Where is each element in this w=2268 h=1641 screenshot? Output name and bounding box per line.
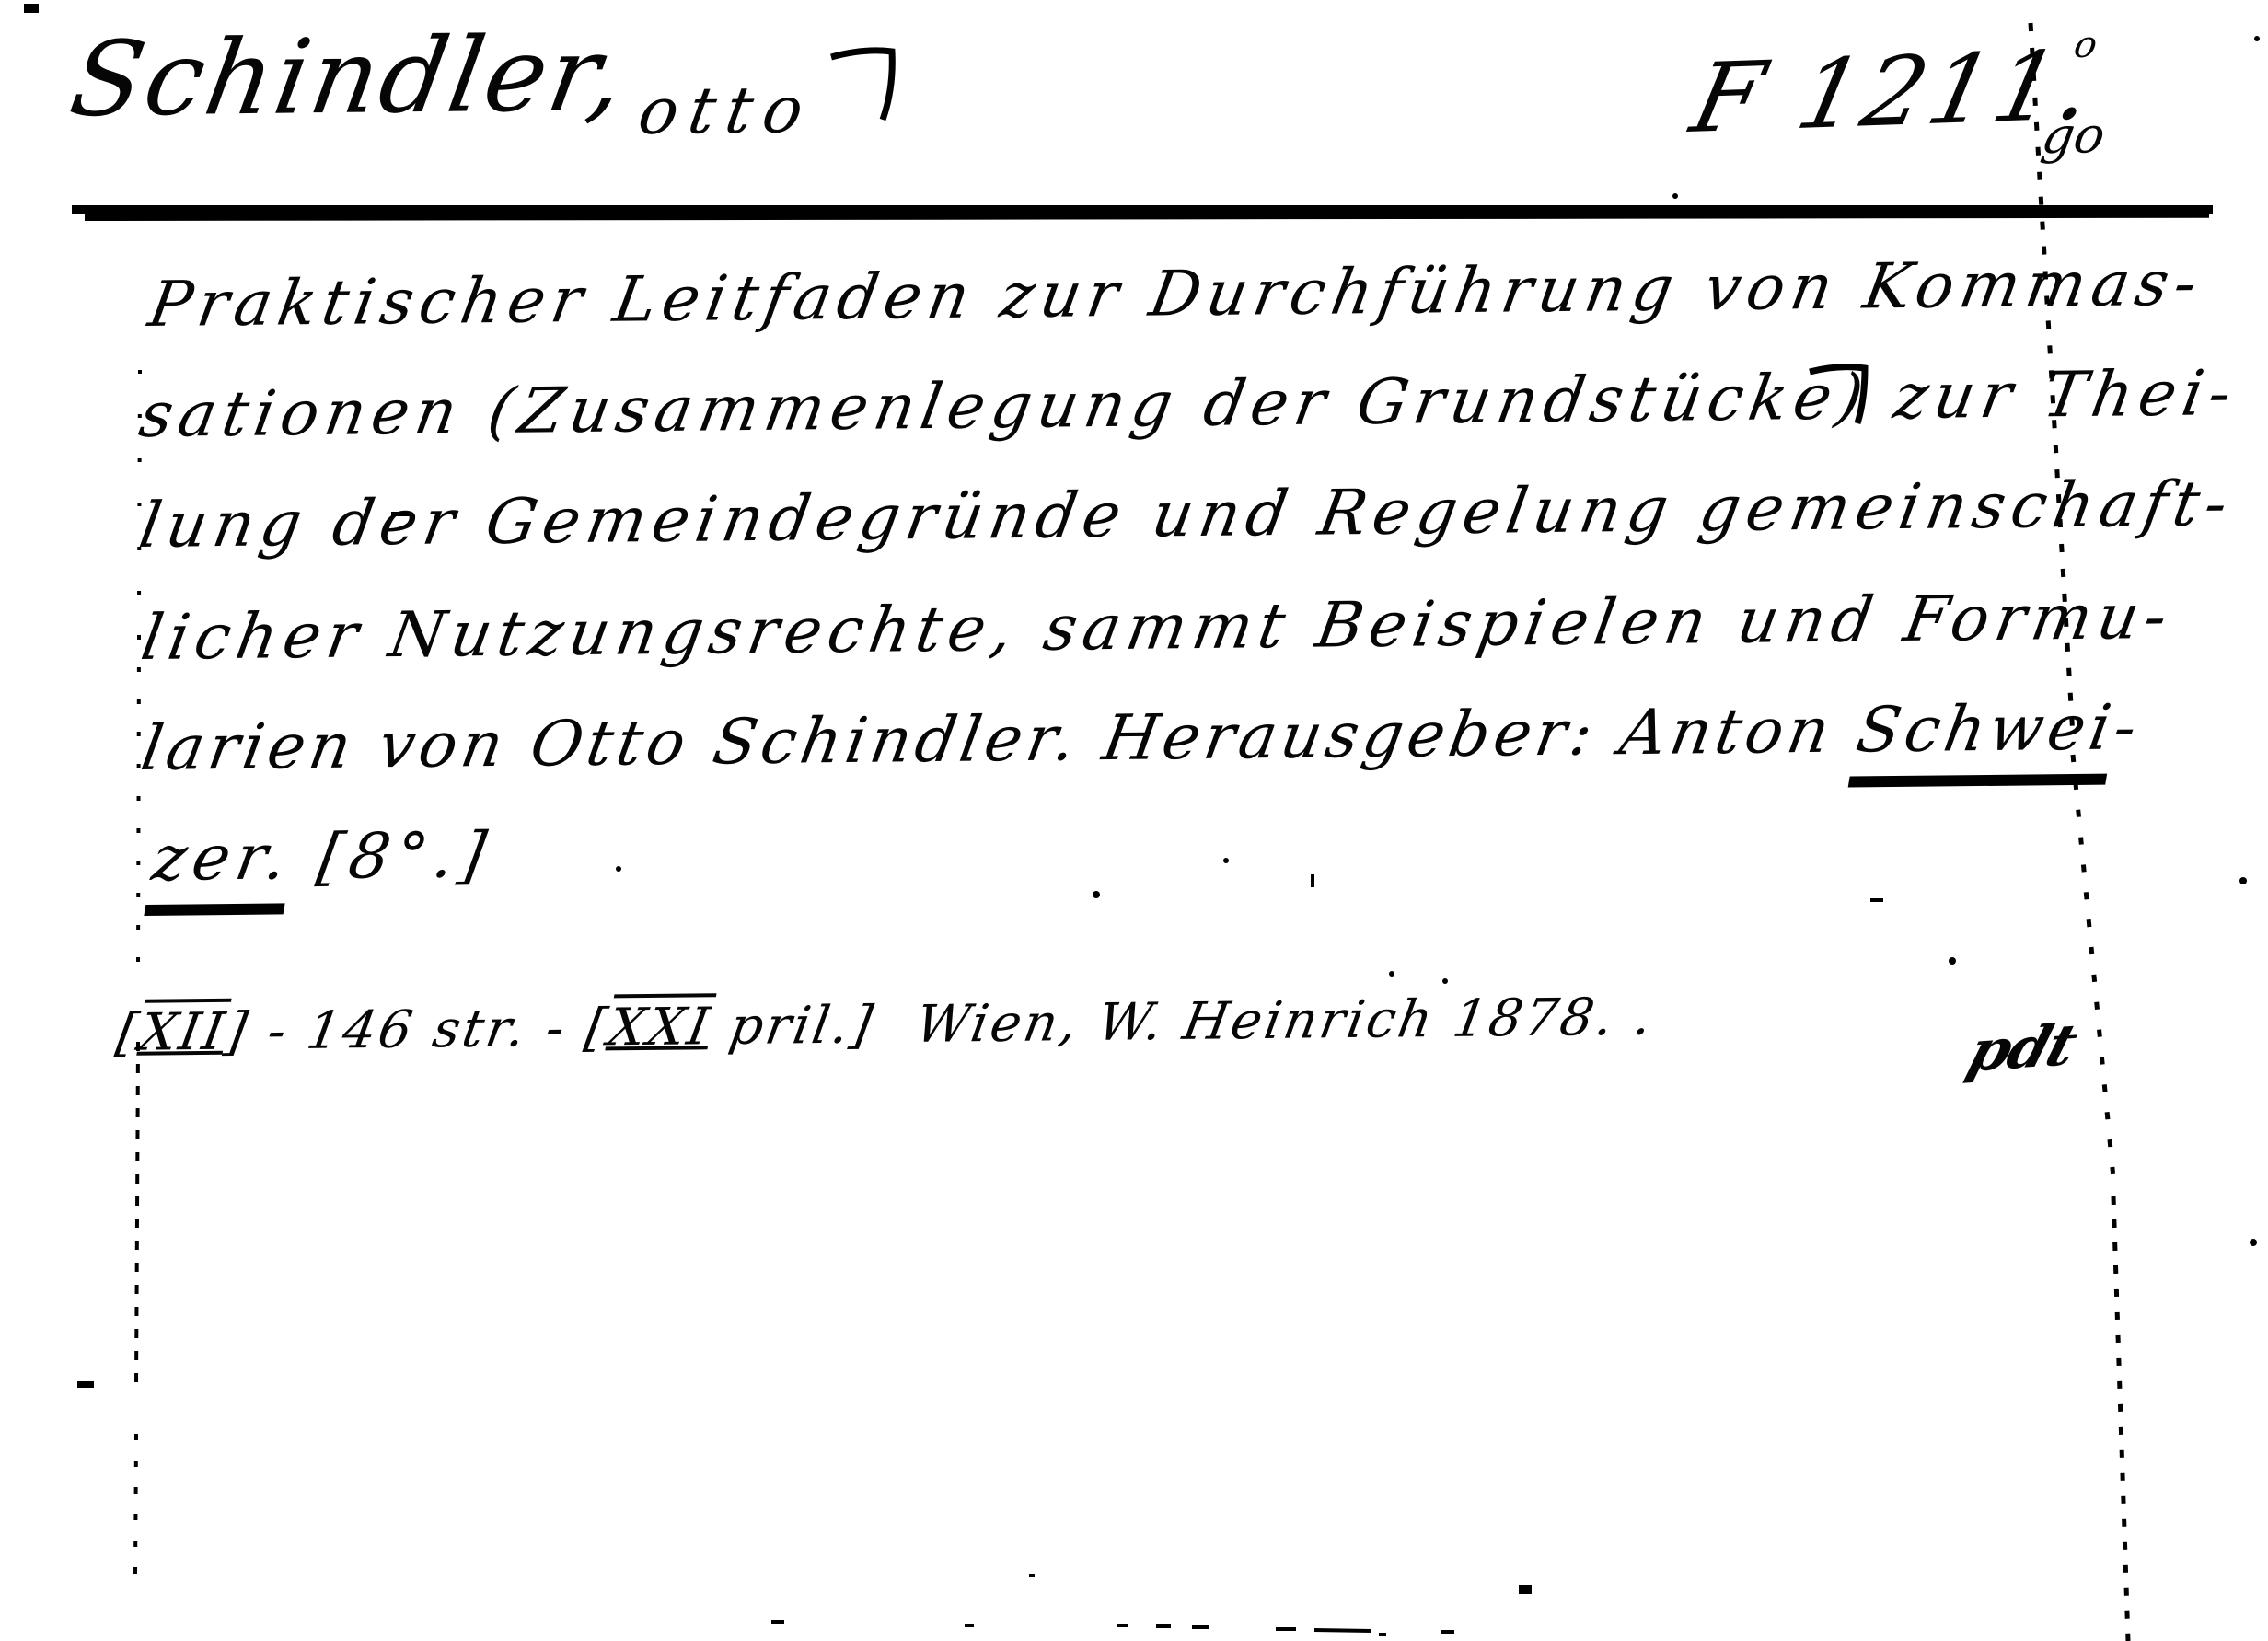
title-line-3: lung der Gemeindegründe und Regelung gem… xyxy=(134,468,2239,562)
collation-pages: ] - 146 str. - [ xyxy=(221,998,614,1061)
title-line-5-text: larien von Otto Schindler. Herausgeber: … xyxy=(136,695,1864,785)
title-line-6: zer. [8°.] xyxy=(147,819,497,896)
roman-numeral-xii: XII xyxy=(135,1002,231,1063)
imprint: Wien, W. Heinrich 1878. . xyxy=(869,988,1659,1056)
title-line-4: licher Nutzungsrechte, sammt Beispielen … xyxy=(136,581,2179,675)
catalog-card: Schindler, otto F 1211. o go Praktischer… xyxy=(0,0,2268,1641)
right-margin-annotation: pdt xyxy=(1961,1011,2083,1085)
header-rule xyxy=(72,205,2213,221)
corner-annotation: go xyxy=(2038,106,2110,165)
bottom-edge-noise xyxy=(771,1622,1454,1635)
underlined-name-part-2: zer. xyxy=(144,821,298,916)
title-line-1: Praktischer Leitfaden zur Durchführung v… xyxy=(144,248,2208,341)
author-forename: otto xyxy=(633,72,819,149)
title-line-5: larien von Otto Schindler. Herausgeber: … xyxy=(136,691,2146,785)
roman-numeral-xxi: XXI xyxy=(604,997,716,1057)
collation-line: [XII] - 146 str. - [XXI pril.]Wien, W. H… xyxy=(112,988,1659,1063)
format-statement: [8°.] xyxy=(286,819,497,894)
noise-specks xyxy=(24,4,2260,1594)
title-line-2: sationen (Zusammenlegung der Grundstücke… xyxy=(134,357,2243,452)
collation-plates: pril.] xyxy=(706,995,879,1057)
underlined-name-part-1: Schwei xyxy=(1848,692,2121,788)
insertion-mark xyxy=(831,51,892,120)
author-surname: Schindler, xyxy=(63,15,636,140)
